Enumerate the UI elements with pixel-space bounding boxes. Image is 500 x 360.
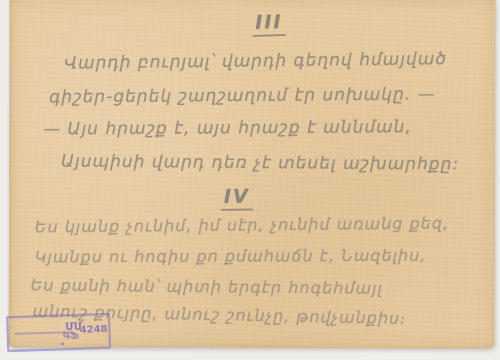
stamp-ink-dot [61,342,64,345]
stamp-inventory-number: 4248 [79,324,107,336]
manuscript-line: գիշեր-ցերեկ շաղշաղում էր սոխակը. — [49,84,436,107]
stamp-code: ԳՖ [63,331,79,343]
manuscript-line: Այսպիսի վարդ դեռ չէ տեսել աշխարհքը: [61,152,459,175]
manuscript-paper: III Վարդի բուրյալ՝ վարդի գեղով հմայված գ… [9,0,496,349]
manuscript-line: Կյանքս ու հոգիս քո քմահաճն է, Նազելիս, [35,246,427,267]
manuscript-line: — Այս հրաշք է, այս հրաշք է աննման, [43,117,412,139]
archival-stamp: ՄՄ 4248 ԳՖ [6,313,111,352]
photographed-manuscript: III Վարդի բուրյալ՝ վարդի գեղով հմայված գ… [0,0,500,360]
manuscript-line: Ես քանի հան՝ պիտի երգէր հոգեհմայլ [31,275,383,297]
manuscript-line: Ես կյանք չունիմ, իմ սէր, չունիմ առանց քե… [35,213,449,236]
manuscript-line: Վարդի բուրյալ՝ վարդի գեղով հմայված [64,49,447,73]
stanza-iii-numeral: III [252,11,286,37]
stanza-iv-numeral: IV [221,185,253,210]
